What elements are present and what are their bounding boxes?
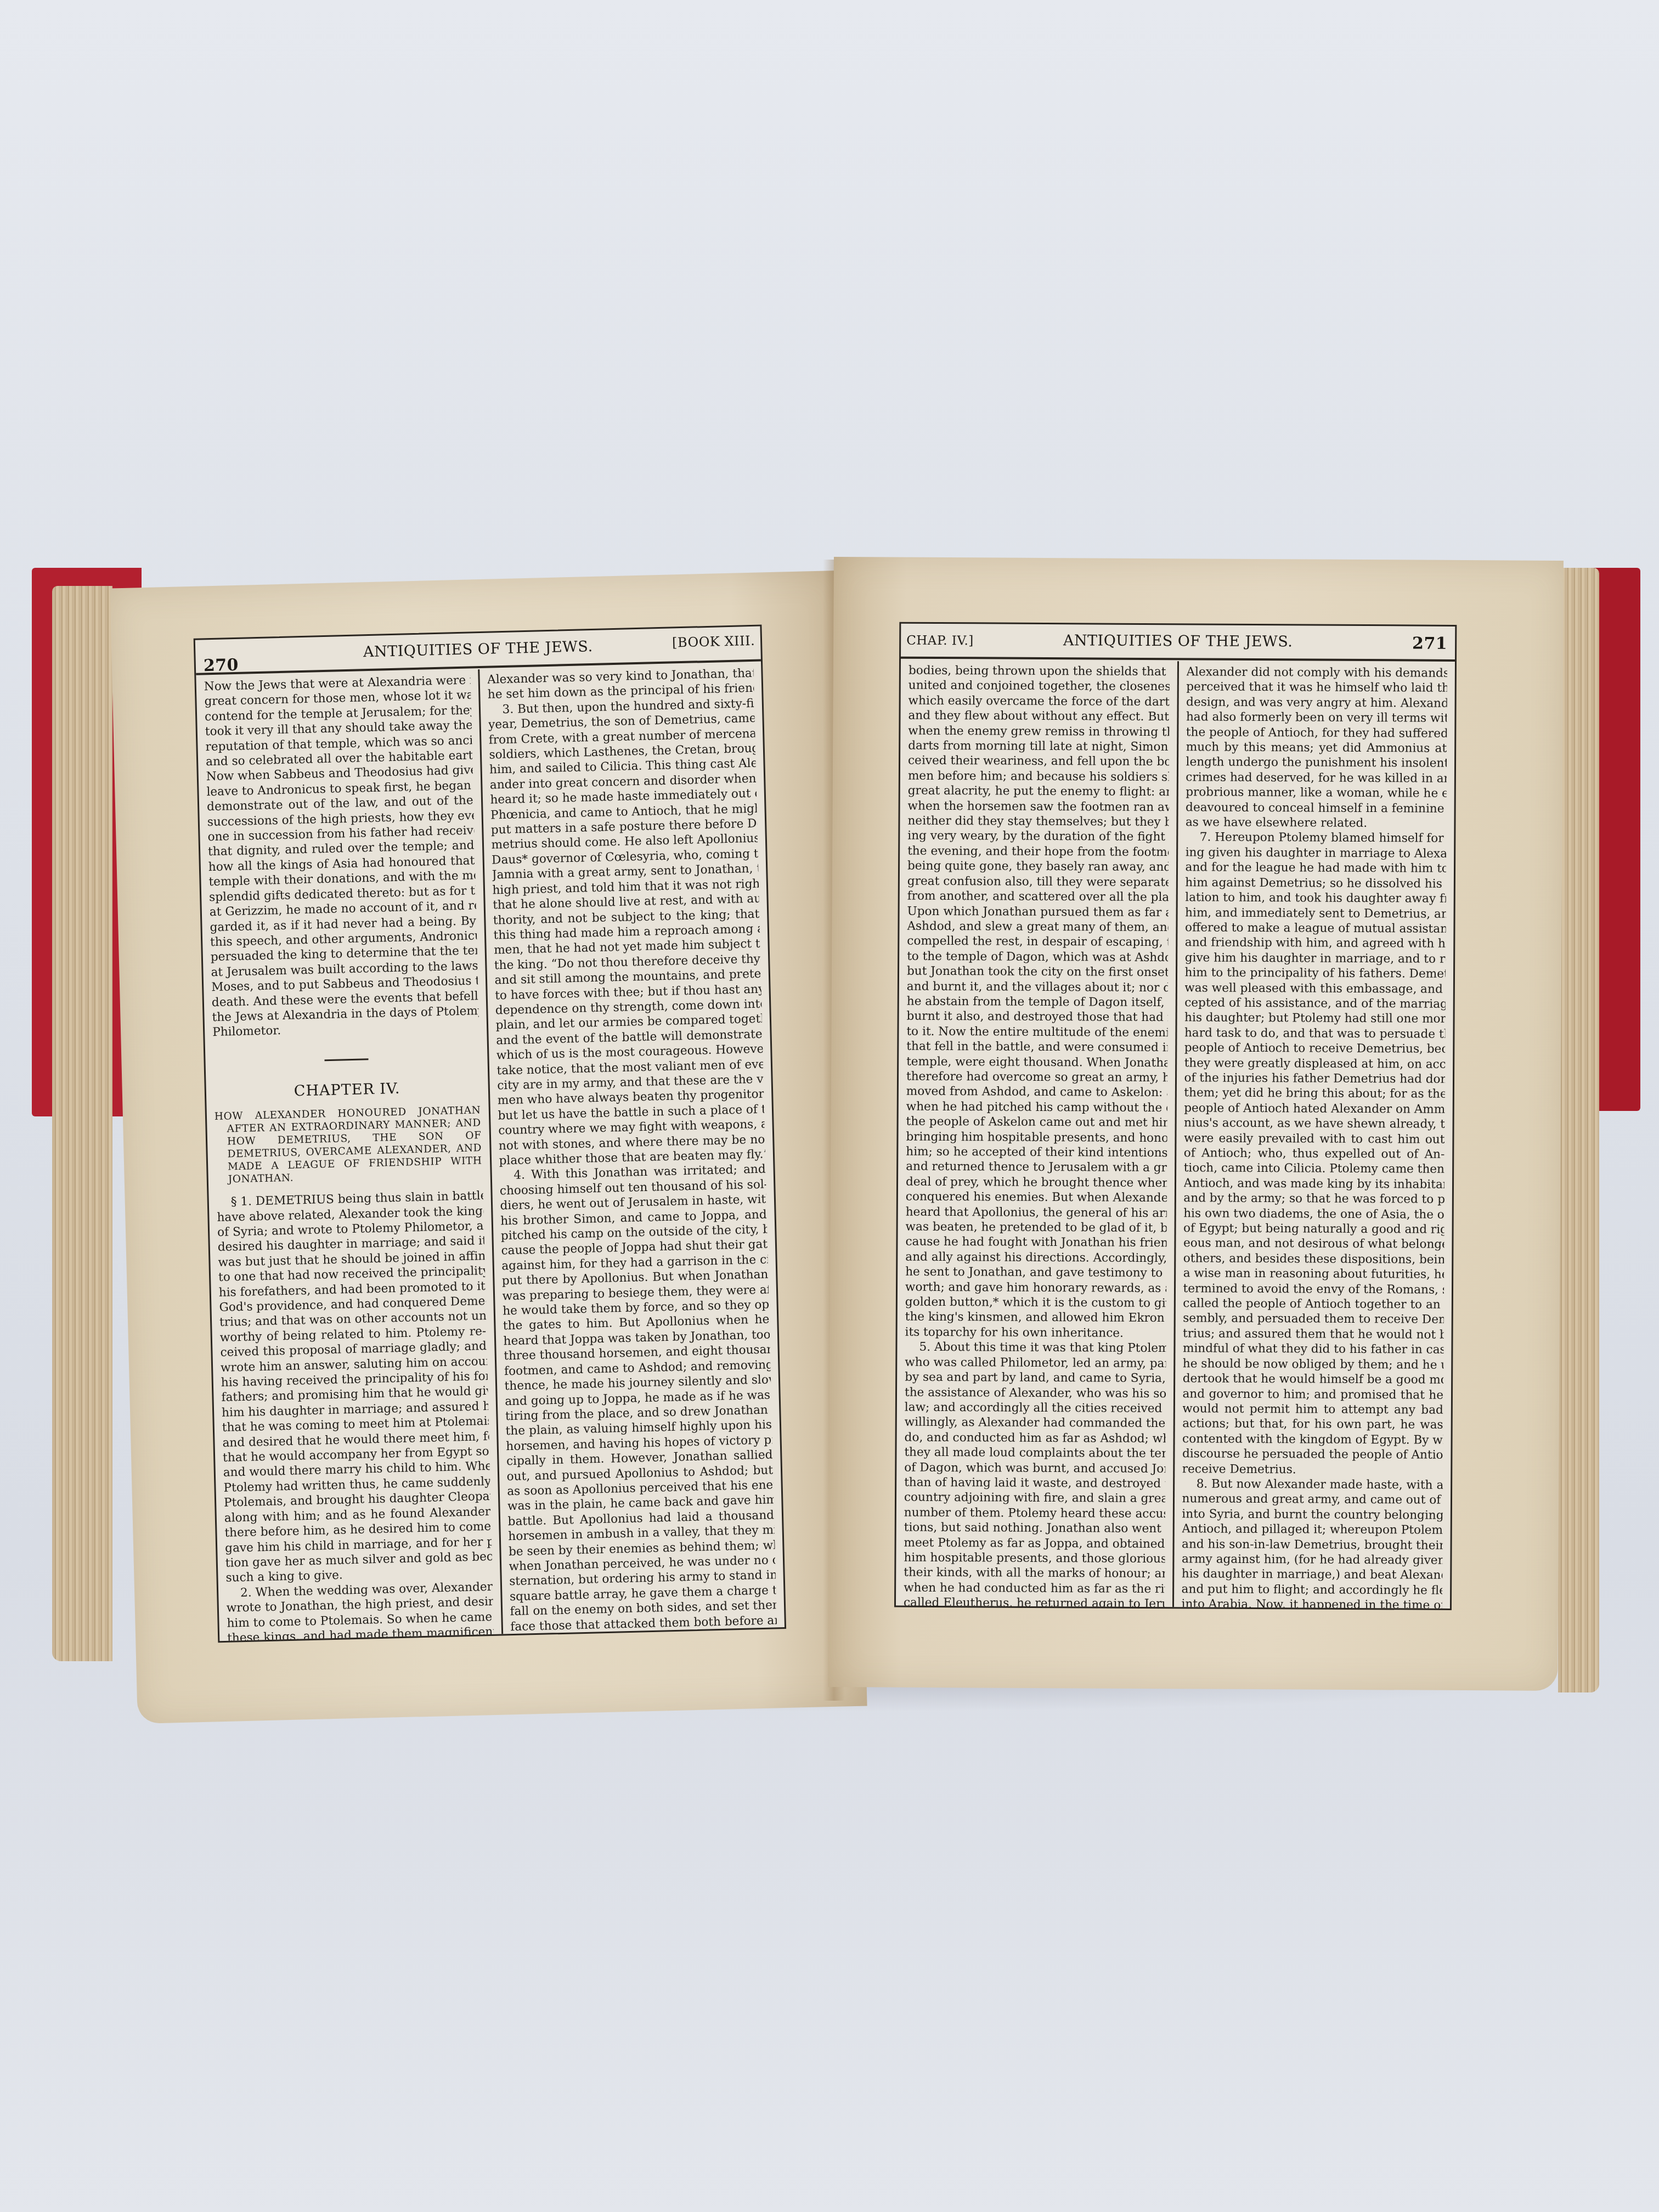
text-line: were easily prevailed with to cast him o… xyxy=(1184,1131,1445,1147)
text-line: called Eleutherus, he returned again to … xyxy=(904,1595,1165,1607)
text-line: ing given his daughter in marriage to Al… xyxy=(1186,845,1447,861)
text-line: eous man, and not desirous of what belon… xyxy=(1183,1236,1444,1252)
text-line: perceived that it was he himself who lai… xyxy=(1186,680,1447,696)
text-line: but Jonathan took the city on the first … xyxy=(907,964,1168,980)
text-line: and ally against his directions. Accordi… xyxy=(905,1250,1166,1266)
text-line: into Arabia. Now, it happened in the tim… xyxy=(1181,1597,1442,1609)
text-line: he abstain from the temple of Dagon itse… xyxy=(907,994,1168,1011)
text-line: heard that Apollonius, the general of hi… xyxy=(906,1204,1167,1221)
text-line: mindful of what they did to his father i… xyxy=(1183,1341,1444,1358)
text-line: and burnt it, and the villages about it;… xyxy=(907,979,1168,995)
text-line: its toparchy for his own inheritance. xyxy=(905,1325,1166,1341)
text-line: of Antioch; who, thus expelled out of An… xyxy=(1184,1145,1445,1162)
text-line: was well pleased with this embassage, an… xyxy=(1184,980,1446,997)
text-line: when the horsemen saw the footmen ran aw… xyxy=(908,798,1169,815)
text-line: tions, but said nothing. Jonathan also w… xyxy=(904,1520,1165,1537)
text-line: willingly, as Alexander had commanded th… xyxy=(905,1415,1166,1431)
column-text-after-chapter: § 1. DEMETRIUS being thus slain in battl… xyxy=(216,1188,499,1641)
text-line: him; so he accepted of their kind intent… xyxy=(906,1144,1167,1161)
text-line: law; and accordingly all the cities rece… xyxy=(905,1400,1166,1417)
text-line: when the enemy grew remiss in throwing t… xyxy=(908,723,1169,740)
text-line: Antioch, and was made king by its inhabi… xyxy=(1183,1176,1444,1192)
text-line: to the temple of Dagon, which was at Ash… xyxy=(907,949,1168,965)
text-line: ing very weary, by the duration of the f… xyxy=(907,828,1169,845)
text-line: ceived their weariness, and fell upon th… xyxy=(908,753,1169,770)
text-line: golden button,* which it is the custom t… xyxy=(905,1295,1166,1311)
text-line: the evening, and their hope from the foo… xyxy=(907,844,1169,860)
text-line: give him his daughter in marriage, and t… xyxy=(1185,950,1446,967)
text-line: him hospitable presents, and those glori… xyxy=(904,1550,1165,1567)
text-line: they were greatly displeased at him, on … xyxy=(1184,1056,1446,1072)
text-line: worth; and gave him honorary rewards, as… xyxy=(905,1279,1166,1296)
text-line: united and conjoined together, the close… xyxy=(909,678,1170,695)
text-line: moved from Ashdod, and came to Askelon: … xyxy=(906,1084,1167,1101)
text-line: actions; but that, for his own part, he … xyxy=(1182,1417,1443,1433)
text-line: and returned thence to Jerusalem with a … xyxy=(906,1159,1167,1176)
text-line: meet Ptolemy as far as Joppa, and obtain… xyxy=(904,1535,1165,1551)
text-line: compelled the rest, in despair of escapi… xyxy=(907,934,1168,950)
text-line: probrious manner, like a woman, while he… xyxy=(1186,785,1447,802)
text-line: number of them. Ptolemy heard these accu… xyxy=(904,1505,1165,1521)
text-line: nius's account, as we have shewn already… xyxy=(1184,1116,1445,1132)
text-line: them; yet did he bring this about; for a… xyxy=(1184,1086,1445,1102)
text-line: 7. Hereupon Ptolemy blamed himself for h… xyxy=(1186,830,1447,847)
text-line: and governor to him; and promised that h… xyxy=(1182,1386,1443,1403)
text-line: Alexander did not comply with his demand… xyxy=(1186,664,1447,681)
text-line: numerous and great army, and came out of… xyxy=(1182,1492,1443,1508)
right-page-column-2: Alexander did not comply with his demand… xyxy=(1172,661,1455,1609)
section-divider xyxy=(324,1058,368,1061)
text-line: hard task to do, and that was to persuad… xyxy=(1184,1025,1446,1042)
text-line: Upon which Jonathan pursued them as far … xyxy=(907,904,1169,920)
text-line: termined to avoid the envy of the Romans… xyxy=(1183,1281,1444,1297)
column-text: bodies, being thrown upon the shields th… xyxy=(902,663,1169,1607)
text-line: by sea and part by land, and came to Syr… xyxy=(905,1370,1166,1386)
left-page-column-2: Alexander was so very kind to Jonathan, … xyxy=(478,663,785,1634)
text-line: into Syria, and burnt the country belong… xyxy=(1182,1506,1443,1523)
text-line: would not permit him to attempt any bad xyxy=(1182,1401,1443,1418)
text-line: do, and conducted him as far as Ashdod; … xyxy=(905,1430,1166,1446)
text-line: and friendship with him, and agreed with… xyxy=(1185,935,1446,952)
text-line: bringing him hospitable presents, and ho… xyxy=(906,1129,1167,1145)
text-line: that fell in the battle, and were consum… xyxy=(906,1039,1167,1056)
text-line: and they flew about without any effect. … xyxy=(908,708,1169,725)
right-page-column-1: bodies, being thrown upon the shields th… xyxy=(896,660,1177,1607)
chapter-heading: CHAPTER IV. xyxy=(214,1079,481,1101)
text-line: he should be now obliged by them; and he… xyxy=(1183,1356,1444,1373)
text-line: people of Antioch to receive Demetrius, … xyxy=(1184,1041,1446,1057)
right-page-print-frame: CHAP. IV.] ANTIQUITIES OF THE JEWS. 271 … xyxy=(894,622,1457,1610)
left-page-column-1: Now the Jews that were at Alexandria wer… xyxy=(196,669,501,1641)
text-line: Antioch, and pillaged it; whereupon Ptol… xyxy=(1182,1522,1443,1538)
text-line: was beaten, he pretended to be glad of i… xyxy=(906,1220,1167,1236)
text-line: being quite gone, they basely ran away, … xyxy=(907,859,1169,875)
text-line: much by this means; yet did Ammonius at xyxy=(1186,740,1447,756)
text-line: dertook that he would himself be a good … xyxy=(1183,1371,1444,1387)
text-line: his own two diadems, the one of Asia, th… xyxy=(1183,1206,1444,1222)
text-line: 5. About this time it was that king Ptol… xyxy=(905,1340,1166,1356)
text-line: had also formerly been on very ill terms… xyxy=(1186,710,1447,726)
text-line: Ashdod, and slew a great many of them, a… xyxy=(907,919,1168,935)
text-line: darts from morning till late at night, S… xyxy=(908,738,1169,755)
left-page-print-frame: 270 ANTIQUITIES OF THE JEWS. [BOOK XIII.… xyxy=(194,624,786,1643)
text-line: 8. But now Alexander made haste, with a xyxy=(1182,1476,1443,1493)
text-line: and for the league he had made with him … xyxy=(1185,860,1446,877)
text-line: the people of Antioch, for they had suff… xyxy=(1186,725,1447,741)
column-text: Alexander did not comply with his demand… xyxy=(1180,664,1447,1609)
text-line: when he had pitched his camp without the… xyxy=(906,1099,1167,1115)
text-line: cause he had fought with Jonathan his fr… xyxy=(905,1234,1166,1251)
chapter-summary: HOW ALEXANDER HONOURED JONATHAN AFTER AN… xyxy=(215,1104,483,1186)
text-line: his daughter in marriage,) and beat Alex… xyxy=(1182,1567,1443,1583)
text-line: him, and immediately sent to Demetrius, … xyxy=(1185,905,1446,922)
text-line: bodies, being thrown upon the shields th… xyxy=(909,663,1170,680)
text-line: therefore had overcome so great an army,… xyxy=(906,1069,1167,1086)
text-line: of Dagon, which was burnt, and accused J… xyxy=(904,1460,1165,1476)
text-line: design, and was very angry at him. Alexa… xyxy=(1186,695,1447,711)
text-line: receive Demetrius. xyxy=(1182,1462,1443,1478)
right-page: CHAP. IV.] ANTIQUITIES OF THE JEWS. 271 … xyxy=(828,557,1564,1691)
text-line: great alacrity, he put the enemy to flig… xyxy=(908,783,1169,800)
book-marker: [BOOK XIII. xyxy=(672,633,755,651)
text-line: called the people of Antioch together to… xyxy=(1183,1296,1444,1312)
text-line: country adjoining with fire, and slain a… xyxy=(904,1490,1165,1506)
text-line: as we have elsewhere related. xyxy=(1186,815,1447,831)
text-line: their kinds, with all the marks of honou… xyxy=(904,1565,1165,1582)
text-line: great confusion also, till they were sep… xyxy=(907,873,1169,890)
text-line: cepted of his assistance, and of the mar… xyxy=(1184,995,1446,1012)
page-stack-right xyxy=(1558,568,1599,1692)
text-line: he sent to Jonathan, and gave testimony … xyxy=(905,1265,1166,1281)
text-line: him to the principality of his fathers. … xyxy=(1184,965,1446,981)
text-line: temple, were eight thousand. When Jonath… xyxy=(906,1054,1167,1070)
right-running-head: CHAP. IV.] ANTIQUITIES OF THE JEWS. 271 xyxy=(901,624,1455,662)
page-number: 271 xyxy=(1412,634,1447,653)
text-line: him against Demetrius; so he dissolved h… xyxy=(1185,875,1446,891)
text-line: the assistance of Alexander, who was his… xyxy=(905,1385,1166,1401)
text-line: contented with the kingdom of Egypt. By … xyxy=(1182,1431,1443,1448)
left-page: 270 ANTIQUITIES OF THE JEWS. [BOOK XIII.… xyxy=(110,571,867,1724)
text-line: lation to him, and took his daughter awa… xyxy=(1185,890,1446,906)
text-line: and by the army; so that he was forced t… xyxy=(1183,1191,1444,1207)
text-line: trius; and assured them that he would no… xyxy=(1183,1326,1444,1342)
text-line: burnt it also, and destroyed those that … xyxy=(907,1009,1168,1025)
text-line: sembly, and persuaded them to receive De… xyxy=(1183,1311,1444,1328)
text-line: the king's kinsmen, and allowed him Ekro… xyxy=(905,1310,1166,1326)
text-line: people of Antioch hated Alexander on Amm… xyxy=(1184,1101,1445,1117)
text-line: length undergo the punishment his insole… xyxy=(1186,755,1447,771)
text-line: of the injuries his father Demetrius had… xyxy=(1184,1070,1445,1087)
text-line: when he had conducted him as far as the … xyxy=(904,1580,1165,1596)
text-line: tioch, came into Cilicia. Ptolemy came t… xyxy=(1184,1161,1445,1177)
text-line: offered to make a league of mutual assis… xyxy=(1185,920,1446,936)
text-line: discourse he persuaded the people of Ant… xyxy=(1182,1446,1443,1463)
text-line: which easily overcame the force of the d… xyxy=(909,693,1170,710)
text-line: and his son-in-law Demetrius, brought th… xyxy=(1182,1537,1443,1553)
text-line: than of having laid it waste, and destro… xyxy=(904,1475,1165,1492)
text-line: deal of prey, which he brought thence wh… xyxy=(906,1175,1167,1191)
column-text: Alexander was so very kind to Jonathan, … xyxy=(487,666,781,1634)
text-line: neither did they stay themselves; but th… xyxy=(907,814,1169,830)
text-line: others, and besides these dispositions, … xyxy=(1183,1251,1444,1267)
text-line: who was called Philometor, led an army, … xyxy=(905,1355,1166,1371)
page-stack-left xyxy=(52,586,112,1661)
text-line: men before him; and because his soldiers… xyxy=(908,769,1169,785)
text-line: a wise man in reasoning about futurities… xyxy=(1183,1266,1444,1283)
column-text-before-chapter: Now the Jews that were at Alexandria wer… xyxy=(204,673,479,1040)
text-line: the people of Askelon came out and met h… xyxy=(906,1114,1167,1131)
text-line: from another, and scattered over all the… xyxy=(907,889,1169,905)
text-line: and put him to flight; and accordingly h… xyxy=(1182,1582,1443,1598)
text-line: of Egypt; but being naturally a good and… xyxy=(1183,1221,1444,1237)
running-title: ANTIQUITIES OF THE JEWS. xyxy=(901,631,1455,651)
text-line: deavoured to conceal himself in a femini… xyxy=(1186,800,1447,816)
text-line: his daughter; but Ptolemy had still one … xyxy=(1184,1011,1446,1027)
text-line: conquered his enemies. But when Alexande… xyxy=(906,1189,1167,1206)
text-line: army against him, (for he had already gi… xyxy=(1182,1551,1443,1568)
text-line: crimes had deserved, for he was killed i… xyxy=(1186,770,1447,786)
text-line: to it. Now the entire multitude of the e… xyxy=(906,1024,1167,1040)
text-line: they all made loud complaints about the … xyxy=(904,1445,1165,1462)
